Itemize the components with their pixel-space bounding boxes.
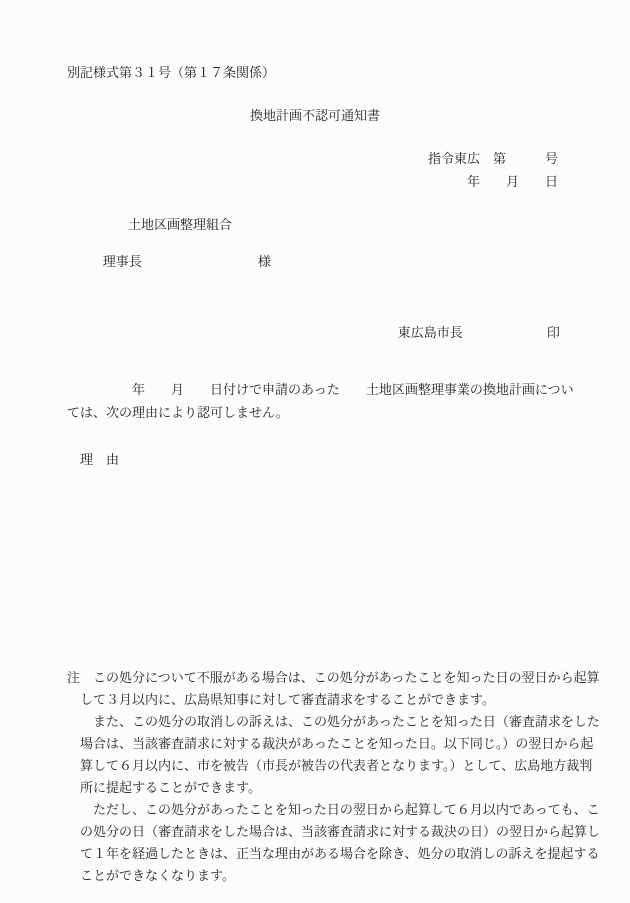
document-title: 換地計画不認可通知書 <box>67 109 563 124</box>
body-text-line: 年 月 日付けで申請のあった 土地区画整理事業の換地計画につい <box>67 383 563 398</box>
recipient-honorific: 様 <box>258 255 271 270</box>
note-text-line: ただし、この処分があったことを知った日の翌日から起算して６月以内であっても、こ <box>67 800 563 822</box>
note-text-line: 場合は、当該審査請求に対する裁決があったことを知った日。以下同じ。）の翌日から起 <box>67 734 563 756</box>
issuer-mayor-title: 東広島市長 <box>398 326 463 341</box>
recipient-chairman-title: 理事長 <box>103 255 142 270</box>
note-text-line: ことができなくなります。 <box>67 866 563 888</box>
directive-date-line: 年 月 日 <box>67 175 558 190</box>
document-content: 別記様式第３１号（第１７条関係） 換地計画不認可通知書 指令東広 第 号 年 月… <box>67 66 563 888</box>
note-text-line: 注 この処分について不服がある場合は、この処分があったことを知った日の翌日から起… <box>67 668 563 690</box>
body-text-line: ては、次の理由により認可しません。 <box>67 406 563 421</box>
issuer-seal-mark: 印 <box>547 326 560 341</box>
issuer-line: 東広島市長印 <box>373 311 563 356</box>
document-page: 別記様式第３１号（第１７条関係） 換地計画不認可通知書 指令東広 第 号 年 月… <box>0 0 630 903</box>
directive-number-line: 指令東広 第 号 <box>67 152 558 167</box>
recipient-chairman-line: 理事長様 <box>78 240 563 285</box>
recipient-organization: 土地区画整理組合 <box>128 218 563 233</box>
note-block: 注 この処分について不服がある場合は、この処分があったことを知った日の翌日から起… <box>67 668 563 888</box>
note-text-line: また、この処分の取消しの訴えは、この処分があったことを知った日（審査請求をした <box>67 712 563 734</box>
reason-label: 理 由 <box>80 453 563 468</box>
note-text-line: の処分の日（審査請求をした場合は、当該審査請求に対する裁決の日）の翌日から起算し <box>67 822 563 844</box>
note-text-line: して３月以内に、広島県知事に対して審査請求をすることができます。 <box>67 690 563 712</box>
note-text-line: て１年を経過したときは、正当な理由がある場合を除き、処分の取消しの訴えを提起する <box>67 844 563 866</box>
directive-block: 指令東広 第 号 年 月 日 <box>67 152 563 190</box>
note-text-line: 所に提起することができます。 <box>67 778 563 800</box>
form-number: 別記様式第３１号（第１７条関係） <box>67 66 563 81</box>
note-text-line: 算して６月以内に、市を被告（市長が被告の代表者となります。）として、広島地方裁判 <box>67 756 563 778</box>
